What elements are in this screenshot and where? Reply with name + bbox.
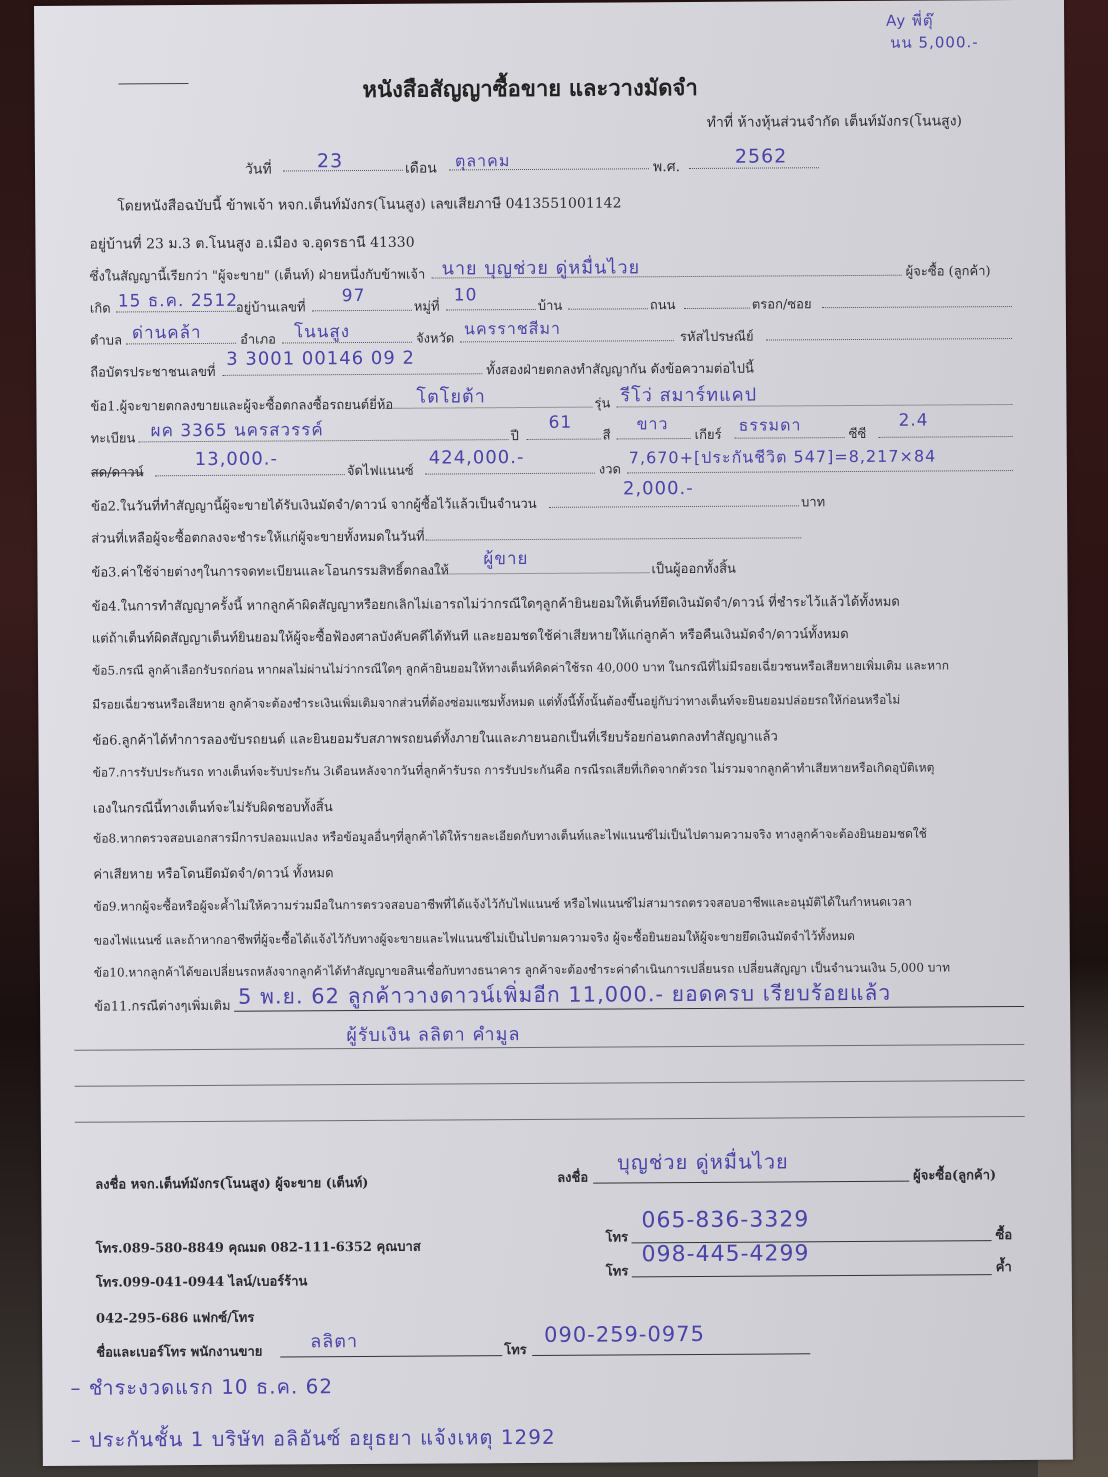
finance-value: 424,000.-	[429, 447, 525, 469]
soi-label: ตรอก/ซอย	[752, 293, 812, 314]
buyer-signature-prefix: ลงชื่อ	[557, 1167, 588, 1188]
born-label: เกิด	[90, 298, 111, 319]
shop-phone-line2: โทร.099-041-0944 ไลน์/เบอร์ร้าน	[96, 1270, 308, 1292]
clause7-line2: เองในกรณีนี้ทางเต็นท์จะไม่รับผิดชอบทั้งส…	[93, 796, 333, 818]
sales-name: ลลิตา	[310, 1326, 358, 1355]
moo-value: 10	[454, 285, 478, 305]
clause3-value: ผู้ขาย	[483, 545, 528, 572]
road-label: ถนน	[650, 294, 676, 315]
vehicle-year-label: ปี	[511, 425, 519, 446]
shop-fax: 042-295-686 แฟกซ์/โทร	[96, 1307, 254, 1329]
intro-line2: อยู่บ้านที่ 23 ม.3 ต.โนนสูง อ.เมือง จ.อุ…	[89, 232, 414, 256]
place-line: ทำที่ ห้างหุ้นส่วนจำกัด เต็นท์มังกร(โนนส…	[707, 110, 962, 134]
house-no-label: อยู่บ้านเลขที่	[236, 296, 306, 317]
clause7-line1: ข้อ7.การรับประกันรถ ทางเต็นท์จะรับประกัน…	[93, 759, 935, 783]
guarantor-tel-label: โทร	[606, 1260, 629, 1281]
down-label: สด/ดาวน์	[91, 461, 144, 482]
clause2-remaining-label: ส่วนที่เหลือผู้จะซื้อตกลงจะชำระให้แก่ผู้…	[91, 526, 424, 549]
sales-label: ชื่อและเบอร์โทร พนักงานขาย	[96, 1341, 262, 1363]
buyer-name: นาย บุญช่วย ดู่หมื่นไวย	[442, 252, 641, 282]
corner-note-line1: Ay พี่ตุ๊	[886, 9, 934, 33]
moo-label: หมู่ที่	[414, 296, 440, 317]
clause4-line2: แต่ถ้าเต็นท์ผิดสัญญาเต็นท์ยินยอมให้ผู้จะ…	[92, 623, 849, 649]
clause2-unit: บาท	[801, 491, 825, 512]
shop-phone-line1: โทร.089-580-8849 คุณมด 082-111-6352 คุณบ…	[96, 1236, 421, 1259]
gear-value: ธรรมดา	[739, 413, 802, 438]
model-label: รุ่น	[594, 392, 610, 413]
date-year-label: พ.ศ.	[653, 156, 680, 178]
clause4-line1: ข้อ4.ในการทำสัญญาครั้งนี้ หากลูกค้าผิดสั…	[92, 591, 900, 617]
province-value: นครราชสีมา	[464, 317, 561, 343]
buyer-tel-label: โทร	[605, 1226, 628, 1247]
soi-value	[822, 306, 1012, 308]
clause11-label: ข้อ11.กรณีต่างๆเพิ่มเติม	[94, 995, 231, 1017]
clause2-deposit-value: 2,000.-	[623, 478, 694, 499]
intro-line1: โดยหนังสือฉบับนี้ ข้าพเจ้า หจก.เต็นท์มัง…	[117, 192, 621, 217]
tambon-label: ตำบล	[90, 329, 122, 350]
postcode-value	[766, 338, 1012, 341]
clause5-line1: ข้อ5.กรณี ลูกค้าเลือกรับรถก่อน หากผลไม่ผ…	[92, 656, 949, 680]
clause6: ข้อ6.ลูกค้าได้ทำการลองขับรถยนต์ และยินยอ…	[92, 725, 777, 750]
village-value	[568, 308, 648, 309]
clause9-line1: ข้อ9.หากผู้จะซื้อหรือผู้จะค้ำไม่ให้ความร…	[93, 893, 912, 917]
buyer-signature-suffix: ผู้จะซื้อ(ลูกค้า)	[913, 1164, 996, 1186]
buyer-role-label: ผู้จะซื้อ (ลูกค้า)	[906, 260, 991, 282]
brand-value: โตโยต้า	[416, 381, 486, 410]
amphoe-value: โนนสูง	[294, 318, 350, 345]
clause3-label: ข้อ3.ค่าใช้จ่ายต่างๆในการจดทะเบียนและโอน…	[91, 559, 449, 582]
guarantor-tel: 098-445-4299	[642, 1241, 810, 1267]
clause2-deposit-label: ข้อ2.ในวันที่ทำสัญญานี้ผู้จะขายได้รับเงิ…	[91, 493, 537, 517]
clause3-suffix: เป็นผู้ออกทั้งสิ้น	[651, 558, 736, 580]
date-month: ตุลาคม	[455, 149, 511, 174]
finance-label: จัดไฟแนนซ์	[347, 460, 414, 481]
date-month-label: เดือน	[405, 158, 437, 180]
sales-tel-label: โทร	[504, 1339, 527, 1360]
decorative-rule	[118, 83, 188, 84]
clause11-note: 5 พ.ย. 62 ลูกค้าวางดาวน์เพิ่มอีก 11,000.…	[238, 977, 891, 1014]
village-label: บ้าน	[538, 295, 563, 316]
contract-document: Ay พี่ตุ๊ นน 5,000.- หนังสือสัญญาซื้อขาย…	[34, 0, 1073, 1466]
clause2-remaining-value	[425, 537, 801, 540]
date-day: 23	[317, 150, 343, 172]
house-no-value: 97	[342, 286, 366, 306]
clause11-line3	[75, 1080, 1025, 1087]
guarantor-tel-suffix: ค้ำ	[996, 1256, 1012, 1277]
clause5-line2: มีรอยเฉี่ยวชนหรือเสียหาย ลูกค้าจะต้องชำร…	[92, 691, 900, 715]
id-label: ถือบัตรประชาชนเลขที่	[90, 361, 215, 383]
postcode-label: รหัสไปรษณีย์	[680, 326, 754, 347]
document-title: หนังสือสัญญาซื้อขาย และวางมัดจำ	[362, 70, 697, 107]
agree-text: ทั้งสองฝ่ายตกลงทำสัญญากัน ดังข้อความต่อไ…	[486, 358, 754, 381]
color-label: สี	[603, 424, 611, 445]
installment-value: 7,670+[ประกันชีวิต 547]=8,217×84	[629, 444, 937, 471]
vehicle-year-value: 61	[548, 413, 572, 433]
clause8-line2: ค่าเสียหาย หรือโดนยึดมัดจำ/ดาวน์ ทั้งหมด	[93, 862, 333, 884]
tambon-value: ด่านคล้า	[132, 319, 202, 346]
model-value: รีโว่ สมาร์ทแคป	[620, 380, 757, 410]
note-insurance: – ประกันชั้น 1 บริษัท อลิอันซ์ อยุธยา แจ…	[71, 1421, 556, 1456]
party-label: ซึ่งในสัญญานี้เรียกว่า "ผู้จะขาย" (เต็นท…	[90, 264, 426, 287]
plate-label: ทะเบียน	[91, 427, 136, 448]
buyer-signature: บุญช่วย ดู่หมื่นไวย	[617, 1145, 789, 1178]
date-year: 2562	[735, 145, 787, 167]
cc-label: ซีซี	[849, 423, 867, 444]
buyer-tel: 065-836-3329	[641, 1207, 809, 1233]
place-value: ห้างหุ้นส่วนจำกัด เต็นท์มังกร(โนนสูง)	[737, 113, 962, 130]
province-label: จังหวัด	[416, 327, 454, 348]
clause8-line1: ข้อ8.หากตรวจสอบเอกสารมีการปลอมแปลง หรือข…	[93, 825, 927, 849]
buyer-tel-suffix: ซื้อ	[995, 1224, 1012, 1245]
road-value	[684, 308, 750, 309]
installment-label: งวด	[599, 458, 621, 479]
clause11-line4	[75, 1116, 1025, 1123]
color-value: ขาว	[636, 412, 668, 437]
brand-label: ข้อ1.ผู้จะขายตกลงขายและผู้จะซื้อตกลงซื้อ…	[90, 394, 393, 417]
clause9-line2: ของไฟแนนซ์ และถ้าหากอาชีพที่ผู้จะซื้อได้…	[94, 927, 855, 951]
corner-note-line2: นน 5,000.-	[890, 30, 979, 55]
cc-value: 2.4	[898, 411, 928, 431]
seller-signature-label: ลงชื่อ หจก.เต็นท์มังกร(โนนสูง) ผู้จะขาย …	[95, 1172, 368, 1195]
down-value: 13,000.-	[195, 449, 278, 471]
note-first-payment: – ชำระงวดแรก 10 ธ.ค. 62	[70, 1370, 333, 1404]
sales-tel: 090-259-0975	[544, 1322, 705, 1347]
gear-label: เกียร์	[695, 424, 722, 445]
id-value: 3 3001 00146 09 2	[226, 348, 415, 370]
date-day-label: วันที่	[245, 159, 272, 181]
plate-value: ผค 3365 นครสวรรค์	[151, 416, 324, 444]
clause11-receiver: ผู้รับเงิน ลลิตา คำมูล	[346, 1019, 520, 1049]
amphoe-label: อำเภอ	[240, 329, 276, 350]
born-value: 15 ธ.ค. 2512	[118, 287, 238, 315]
place-label: ทำที่	[707, 115, 733, 131]
